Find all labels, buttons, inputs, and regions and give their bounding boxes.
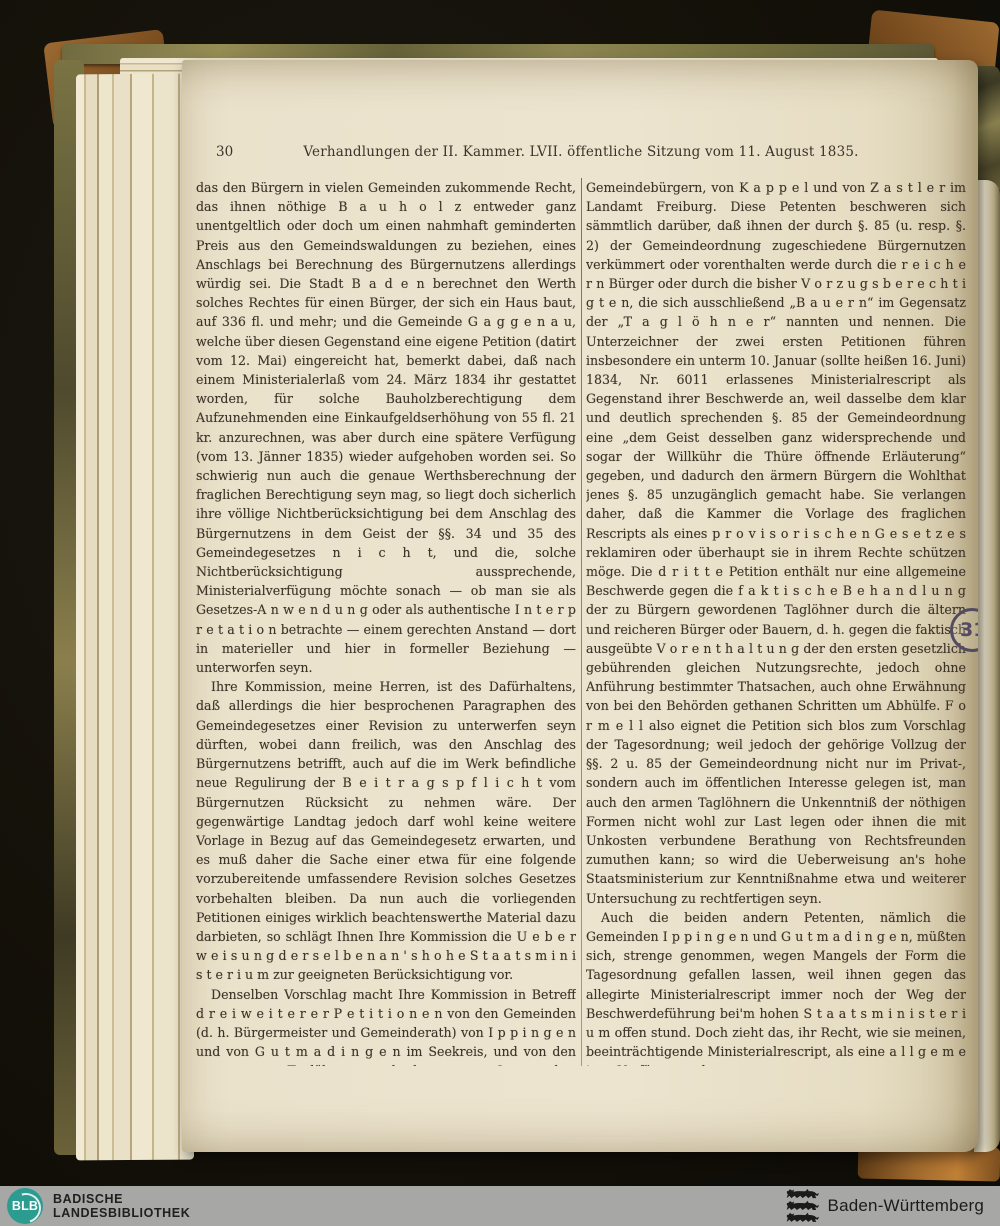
library-watermark-bar: BLB BADISCHE LANDESBIBLIOTHEK Baden-Würt… (0, 1186, 1000, 1226)
paragraph: Denselben Vorschlag macht Ihre Kommissio… (196, 985, 576, 1066)
text-columns: das den Bürgern in vielen Gemeinden zuko… (196, 178, 966, 1066)
state-branding: Baden-Württemberg (785, 1188, 1000, 1224)
running-head: 30 Verhandlungen der II. Kammer. LVII. ö… (196, 144, 966, 164)
digitized-book-scan: 30 Verhandlungen der II. Kammer. LVII. ö… (0, 0, 1000, 1226)
blb-logo-text: BLB (12, 1199, 38, 1213)
paragraph: Auch die beiden andern Petenten, nämlich… (586, 908, 966, 1066)
library-branding: BLB BADISCHE LANDESBIBLIOTHEK (0, 1188, 190, 1224)
scanned-page: 30 Verhandlungen der II. Kammer. LVII. ö… (182, 60, 978, 1152)
paragraph: Gemeindebürgern, von K a p p e l und von… (586, 178, 966, 908)
state-name: Baden-Württemberg (828, 1196, 984, 1216)
blb-logo-icon: BLB (7, 1188, 43, 1224)
left-column: das den Bürgern in vielen Gemeinden zuko… (196, 178, 576, 1066)
paragraph: das den Bürgern in vielen Gemeinden zuko… (196, 178, 576, 677)
library-name-line1: BADISCHE (53, 1192, 190, 1207)
library-name-line2: LANDESBIBLIOTHEK (53, 1206, 190, 1221)
book-photo: 30 Verhandlungen der II. Kammer. LVII. ö… (0, 0, 1000, 1186)
baden-wuerttemberg-coat-of-arms-icon (785, 1188, 819, 1224)
page-content: 30 Verhandlungen der II. Kammer. LVII. ö… (182, 60, 978, 1152)
page-header-title: Verhandlungen der II. Kammer. LVII. öffe… (196, 144, 966, 160)
paragraph: Ihre Kommission, meine Herren, ist des D… (196, 677, 576, 984)
column-divider-rule (581, 178, 582, 1066)
right-column: Gemeindebürgern, von K a p p e l und von… (586, 178, 966, 1066)
library-name: BADISCHE LANDESBIBLIOTHEK (53, 1192, 190, 1221)
page-stack-left-edges (76, 74, 194, 1161)
